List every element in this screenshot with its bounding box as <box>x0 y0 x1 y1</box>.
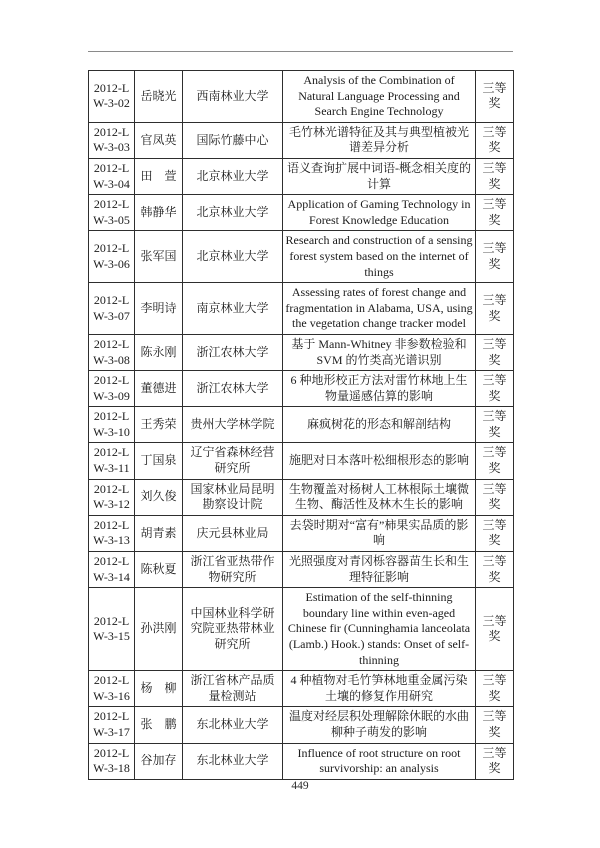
cell-institution: 北京林业大学 <box>183 195 283 231</box>
cell-institution: 浙江省亚热带作物研究所 <box>183 552 283 588</box>
cell-paper-title: Research and construction of a sensing f… <box>283 231 476 283</box>
cell-institution: 中国林业科学研究院亚热带林业研究所 <box>183 588 283 671</box>
cell-author-name: 李明诗 <box>135 283 183 335</box>
cell-author-name: 王秀荣 <box>135 407 183 443</box>
cell-award-grade: 三等奖 <box>476 71 514 123</box>
cell-institution: 浙江农林大学 <box>183 371 283 407</box>
cell-award-grade: 三等奖 <box>476 283 514 335</box>
table-row: 2012-LW-3-16 杨 柳 浙江省林产品质量检测站 4 种植物对毛竹笋林地… <box>89 671 514 707</box>
table-row: 2012-LW-3-18 谷加存 东北林业大学 Influence of roo… <box>89 743 514 779</box>
table-row: 2012-LW-3-11 丁国泉 辽宁省森林经营研究所 施肥对日本落叶松细根形态… <box>89 443 514 479</box>
cell-entry-id: 2012-LW-3-15 <box>89 588 135 671</box>
cell-award-grade: 三等奖 <box>476 515 514 551</box>
cell-author-name: 官凤英 <box>135 122 183 158</box>
table-row: 2012-LW-3-10 王秀荣 贵州大学林学院 麻疯树花的形态和解剖结构 三等… <box>89 407 514 443</box>
cell-entry-id: 2012-LW-3-09 <box>89 371 135 407</box>
cell-institution: 北京林业大学 <box>183 231 283 283</box>
cell-institution: 南京林业大学 <box>183 283 283 335</box>
cell-institution: 辽宁省森林经营研究所 <box>183 443 283 479</box>
cell-entry-id: 2012-LW-3-16 <box>89 671 135 707</box>
cell-paper-title: 光照强度对青冈栎容器苗生长和生理特征影响 <box>283 552 476 588</box>
cell-paper-title: 4 种植物对毛竹笋林地重金属污染土壤的修复作用研究 <box>283 671 476 707</box>
table-row: 2012-LW-3-07 李明诗 南京林业大学 Assessing rates … <box>89 283 514 335</box>
cell-paper-title: Influence of root structure on root surv… <box>283 743 476 779</box>
cell-author-name: 陈秋夏 <box>135 552 183 588</box>
cell-author-name: 谷加存 <box>135 743 183 779</box>
table-row: 2012-LW-3-09 董德进 浙江农林大学 6 种地形校正方法对雷竹林地上生… <box>89 371 514 407</box>
cell-institution: 庆元县林业局 <box>183 515 283 551</box>
cell-institution: 国际竹藤中心 <box>183 122 283 158</box>
cell-paper-title: Estimation of the self-thinning boundary… <box>283 588 476 671</box>
cell-entry-id: 2012-LW-3-07 <box>89 283 135 335</box>
cell-author-name: 田 萱 <box>135 158 183 194</box>
cell-institution: 浙江省林产品质量检测站 <box>183 671 283 707</box>
cell-author-name: 丁国泉 <box>135 443 183 479</box>
table-row: 2012-LW-3-08 陈永刚 浙江农林大学 基于 Mann-Whitney … <box>89 334 514 370</box>
table-row: 2012-LW-3-12 刘久俊 国家林业局昆明勘察设计院 生物覆盖对杨树人工林… <box>89 479 514 515</box>
cell-author-name: 韩静华 <box>135 195 183 231</box>
cell-entry-id: 2012-LW-3-03 <box>89 122 135 158</box>
table-row: 2012-LW-3-15 孙洪刚 中国林业科学研究院亚热带林业研究所 Estim… <box>89 588 514 671</box>
cell-entry-id: 2012-LW-3-12 <box>89 479 135 515</box>
table-row: 2012-LW-3-04 田 萱 北京林业大学 语义查询扩展中词语-概念相关度的… <box>89 158 514 194</box>
cell-award-grade: 三等奖 <box>476 371 514 407</box>
cell-institution: 北京林业大学 <box>183 158 283 194</box>
cell-entry-id: 2012-LW-3-14 <box>89 552 135 588</box>
cell-award-grade: 三等奖 <box>476 743 514 779</box>
cell-entry-id: 2012-LW-3-11 <box>89 443 135 479</box>
cell-paper-title: 生物覆盖对杨树人工林根际土壤微生物、酶活性及林木生长的影响 <box>283 479 476 515</box>
page-number: 449 <box>0 780 600 792</box>
cell-paper-title: 麻疯树花的形态和解剖结构 <box>283 407 476 443</box>
cell-award-grade: 三等奖 <box>476 671 514 707</box>
table-row: 2012-LW-3-06 张军国 北京林业大学 Research and con… <box>89 231 514 283</box>
document-page: 2012-LW-3-02 岳晓光 西南林业大学 Analysis of the … <box>0 0 600 848</box>
cell-award-grade: 三等奖 <box>476 231 514 283</box>
table-row: 2012-LW-3-14 陈秋夏 浙江省亚热带作物研究所 光照强度对青冈栎容器苗… <box>89 552 514 588</box>
cell-paper-title: 温度对经层积处理解除休眠的水曲柳种子萌发的影响 <box>283 707 476 743</box>
cell-author-name: 张 鹏 <box>135 707 183 743</box>
cell-award-grade: 三等奖 <box>476 407 514 443</box>
cell-author-name: 杨 柳 <box>135 671 183 707</box>
cell-author-name: 董德进 <box>135 371 183 407</box>
cell-entry-id: 2012-LW-3-18 <box>89 743 135 779</box>
cell-entry-id: 2012-LW-3-06 <box>89 231 135 283</box>
award-table: 2012-LW-3-02 岳晓光 西南林业大学 Analysis of the … <box>88 70 514 780</box>
cell-paper-title: 施肥对日本落叶松细根形态的影响 <box>283 443 476 479</box>
cell-paper-title: 去袋时期对“富有”柿果实品质的影响 <box>283 515 476 551</box>
cell-entry-id: 2012-LW-3-05 <box>89 195 135 231</box>
cell-paper-title: Application of Gaming Technology in Fore… <box>283 195 476 231</box>
cell-author-name: 陈永刚 <box>135 334 183 370</box>
cell-award-grade: 三等奖 <box>476 479 514 515</box>
cell-paper-title: 基于 Mann-Whitney 非参数检验和 SVM 的竹类高光谱识别 <box>283 334 476 370</box>
cell-author-name: 胡青素 <box>135 515 183 551</box>
cell-entry-id: 2012-LW-3-08 <box>89 334 135 370</box>
cell-institution: 东北林业大学 <box>183 743 283 779</box>
cell-award-grade: 三等奖 <box>476 443 514 479</box>
cell-author-name: 刘久俊 <box>135 479 183 515</box>
cell-author-name: 孙洪刚 <box>135 588 183 671</box>
table-row: 2012-LW-3-05 韩静华 北京林业大学 Application of G… <box>89 195 514 231</box>
cell-institution: 贵州大学林学院 <box>183 407 283 443</box>
previous-table-edge-line <box>88 51 513 52</box>
table-row: 2012-LW-3-13 胡青素 庆元县林业局 去袋时期对“富有”柿果实品质的影… <box>89 515 514 551</box>
cell-award-grade: 三等奖 <box>476 122 514 158</box>
cell-paper-title: Assessing rates of forest change and fra… <box>283 283 476 335</box>
cell-institution: 浙江农林大学 <box>183 334 283 370</box>
cell-entry-id: 2012-LW-3-13 <box>89 515 135 551</box>
cell-award-grade: 三等奖 <box>476 195 514 231</box>
cell-paper-title: 语义查询扩展中词语-概念相关度的计算 <box>283 158 476 194</box>
cell-paper-title: 毛竹林光谱特征及其与典型植被光谱差异分析 <box>283 122 476 158</box>
award-table-body: 2012-LW-3-02 岳晓光 西南林业大学 Analysis of the … <box>89 71 514 780</box>
cell-paper-title: 6 种地形校正方法对雷竹林地上生物量遥感估算的影响 <box>283 371 476 407</box>
cell-award-grade: 三等奖 <box>476 334 514 370</box>
table-row: 2012-LW-3-02 岳晓光 西南林业大学 Analysis of the … <box>89 71 514 123</box>
cell-paper-title: Analysis of the Combination of Natural L… <box>283 71 476 123</box>
cell-award-grade: 三等奖 <box>476 707 514 743</box>
cell-author-name: 岳晓光 <box>135 71 183 123</box>
cell-award-grade: 三等奖 <box>476 552 514 588</box>
table-row: 2012-LW-3-03 官凤英 国际竹藤中心 毛竹林光谱特征及其与典型植被光谱… <box>89 122 514 158</box>
cell-entry-id: 2012-LW-3-04 <box>89 158 135 194</box>
cell-entry-id: 2012-LW-3-10 <box>89 407 135 443</box>
cell-award-grade: 三等奖 <box>476 158 514 194</box>
cell-author-name: 张军国 <box>135 231 183 283</box>
cell-entry-id: 2012-LW-3-17 <box>89 707 135 743</box>
table-row: 2012-LW-3-17 张 鹏 东北林业大学 温度对经层积处理解除休眠的水曲柳… <box>89 707 514 743</box>
cell-award-grade: 三等奖 <box>476 588 514 671</box>
cell-institution: 东北林业大学 <box>183 707 283 743</box>
cell-institution: 西南林业大学 <box>183 71 283 123</box>
cell-entry-id: 2012-LW-3-02 <box>89 71 135 123</box>
cell-institution: 国家林业局昆明勘察设计院 <box>183 479 283 515</box>
